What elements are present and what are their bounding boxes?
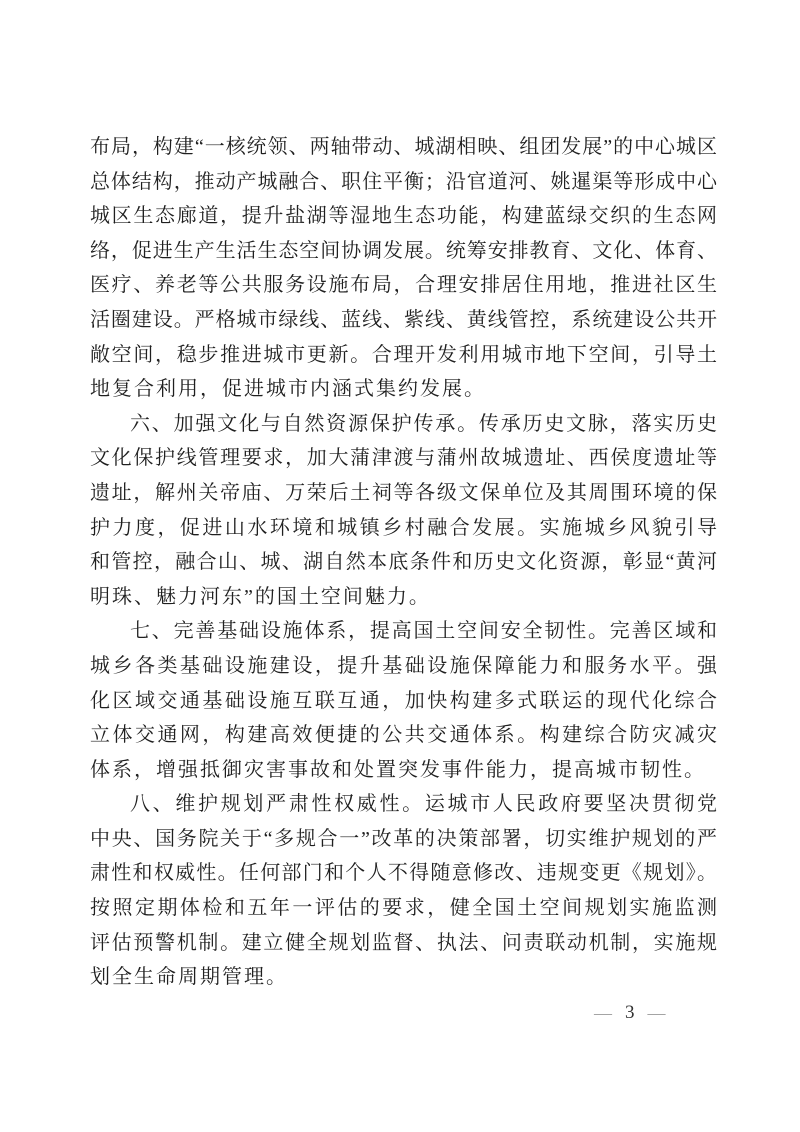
text-line: 评估预警机制。建立健全规划监督、执法、问责联动机制，实施规 — [90, 926, 717, 961]
text-line: 化区域交通基础设施互联互通，加快构建多式联运的现代化综合 — [90, 684, 717, 719]
text-line: 城乡各类基础设施建设，提升基础设施保障能力和服务水平。强 — [90, 649, 717, 684]
page-number: 3 — [625, 1002, 635, 1024]
text-line: 遗址，解州关帝庙、万荣后土祠等各级文保单位及其周围环境的保 — [90, 476, 717, 511]
text-line: 按照定期体检和五年一评估的要求，健全国土空间规划实施监测 — [90, 891, 717, 926]
document-page: 布局，构建“一核统领、两轴带动、城湖相映、组团发展”的中心城区 总体结构，推动产… — [0, 0, 800, 1132]
paragraph-end-line: 划全生命周期管理。 — [90, 960, 717, 995]
paragraph-end-line: 体系，增强抵御灾害事故和处置突发事件能力，提高城市韧性。 — [90, 753, 717, 788]
text-line: 护力度，促进山水环境和城镇乡村融合发展。实施城乡风貌引导 — [90, 511, 717, 546]
text-line: 敞空间，稳步推进城市更新。合理开发利用城市地下空间，引导土 — [90, 338, 717, 373]
text-line: 医疗、养老等公共服务设施布局，合理安排居住用地，推进社区生 — [90, 268, 717, 303]
text-line: 活圈建设。严格城市绿线、蓝线、紫线、黄线管控，系统建设公共开 — [90, 303, 717, 338]
text-line: 文化保护线管理要求，加大蒲津渡与蒲州故城遗址、西侯度遗址等 — [90, 441, 717, 476]
footer-right-dash: — — [648, 1002, 666, 1024]
text-line: 总体结构，推动产城融合、职住平衡；沿官道河、姚暹渠等形成中心 — [90, 165, 717, 200]
document-body-text: 布局，构建“一核统领、两轴带动、城湖相映、组团发展”的中心城区 总体结构，推动产… — [90, 130, 717, 995]
paragraph-start-line-section-6: 六、加强文化与自然资源保护传承。传承历史文脉，落实历史 — [90, 407, 717, 442]
paragraph-start-line-section-8: 八、维护规划严肃性权威性。运城市人民政府要坚决贯彻党 — [90, 787, 717, 822]
footer-left-dash: — — [594, 1002, 612, 1024]
text-line: 布局，构建“一核统领、两轴带动、城湖相映、组团发展”的中心城区 — [90, 130, 717, 165]
paragraph-start-line-section-7: 七、完善基础设施体系，提高国土空间安全韧性。完善区域和 — [90, 614, 717, 649]
text-line: 立体交通网，构建高效便捷的公共交通体系。构建综合防灾减灾 — [90, 718, 717, 753]
page-footer: — 3 — — [594, 1002, 666, 1024]
text-line: 城区生态廊道，提升盐湖等湿地生态功能，构建蓝绿交织的生态网 — [90, 199, 717, 234]
paragraph-end-line: 地复合利用，促进城市内涵式集约发展。 — [90, 372, 717, 407]
text-line: 和管控，融合山、城、湖自然本底条件和历史文化资源，彰显“黄河 — [90, 545, 717, 580]
text-line: 中央、国务院关于“多规合一”改革的决策部署，切实维护规划的严 — [90, 822, 717, 857]
paragraph-end-line: 明珠、魅力河东”的国土空间魅力。 — [90, 580, 717, 615]
text-line: 络，促进生产生活生态空间协调发展。统筹安排教育、文化、体育、 — [90, 234, 717, 269]
text-line: 肃性和权威性。任何部门和个人不得随意修改、违规变更《规划》。 — [90, 856, 717, 891]
